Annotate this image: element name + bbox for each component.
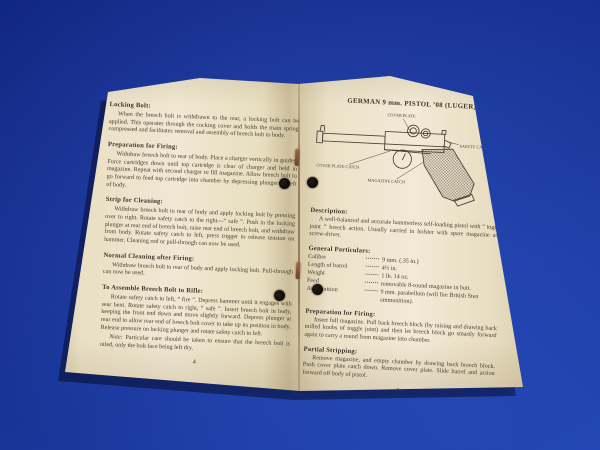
left-page: Locking Bolt: When the breech bolt is wi… — [99, 94, 300, 369]
dotted-leader — [366, 266, 379, 268]
cover-plate-label: COVER PLATE — [387, 112, 416, 118]
note-label: Note: — [109, 335, 123, 342]
section-description: Description: A well-balanced and accurat… — [309, 207, 502, 248]
section-body: Rotate safety catch to left, “ fire ”. D… — [100, 294, 291, 340]
dotted-leader — [366, 258, 379, 260]
section-body: When the breech bolt is withdrawn to the… — [108, 111, 299, 142]
punch-hole-top-left — [279, 178, 290, 189]
magazine-catch-label: MAGAZINE CATCH — [368, 178, 406, 185]
dotted-leader — [365, 289, 378, 291]
cover-plate-catch-label: COVER PLATE CATCH — [316, 163, 359, 170]
section-assemble-breech-bolt: To Assemble Breech Bolt to Rifle: Rotate… — [100, 284, 292, 340]
dotted-leader — [365, 273, 378, 275]
right-page: GERMAN 9 mm. PISTOL ’08 (LUGER) — [302, 96, 508, 399]
section-strip-for-cleaning: Strip for Cleaning: Withdraw breech bolt… — [104, 196, 296, 252]
punch-hole-top-right — [307, 177, 318, 188]
section-preparation-for-firing-right: Preparation for Firing: Insert full maga… — [304, 307, 497, 348]
section-partial-stripping: Partial Stripping: Remove magazine, and … — [302, 345, 495, 386]
left-page-number: 4 — [99, 355, 289, 370]
open-booklet: Locking Bolt: When the breech bolt is wi… — [52, 66, 530, 400]
punch-hole-bottom-right — [312, 284, 323, 295]
photo-of-open-manual: Locking Bolt: When the breech bolt is wi… — [0, 0, 600, 450]
section-body: Withdraw breech bolt to rear of body. Pl… — [106, 151, 297, 197]
spine-crease — [298, 76, 300, 394]
section-body: Withdraw breech bolt to rear of body and… — [104, 206, 295, 252]
punch-hole-bottom-left — [274, 290, 285, 301]
dotted-leader — [365, 281, 378, 283]
section-locking-bolt: Locking Bolt: When the breech bolt is wi… — [108, 101, 299, 142]
section-preparation-for-firing-left: Preparation for Firing: Withdraw breech … — [106, 141, 298, 197]
section-general-particulars: General Particulars: Calibre 9 mm. (.35 … — [306, 245, 501, 311]
section-normal-cleaning: Normal Cleaning after Firing: Withdraw b… — [103, 252, 294, 285]
